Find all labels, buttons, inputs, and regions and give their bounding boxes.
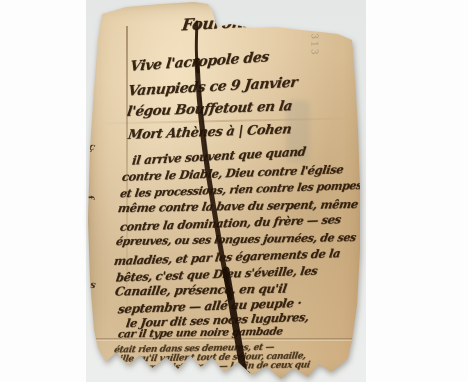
margin-ink-mark: ƒ: [83, 194, 95, 201]
handwriting-line: l'égou Bouffetout en la: [126, 98, 293, 120]
handwriting-line: Vanupieds ce 9 Janvier: [127, 75, 298, 100]
handwriting-line-bottom: populaire, aristocratie — la fin de ceux…: [111, 360, 310, 373]
manuscript-paper-wrap: 313 Fouronne. Vive l'acropole des Vanupi…: [86, 0, 366, 382]
handwriting-line: épreuves, ou ses longues journées, de se…: [115, 231, 357, 248]
handwriting-line: Mort Athènes à | Cohen: [127, 122, 292, 143]
margin-ink-mark: «: [91, 350, 99, 362]
ghost-bleedthrough-text: 313: [309, 33, 319, 56]
handwriting-line-bottom: et que la fin — quel dessein: [121, 370, 251, 382]
margin-ink-mark: s: [89, 280, 96, 292]
margin-ink-mark: ç: [88, 141, 96, 153]
handwriting-line: contre la domination, du frère — ses: [119, 212, 342, 234]
handwriting-line: Vive l'acropole des: [129, 49, 269, 75]
screenshot-canvas: 313 Fouronne. Vive l'acropole des Vanupi…: [0, 0, 468, 382]
title-line: Fouronne.: [181, 11, 271, 35]
manuscript-paper: 313 Fouronne. Vive l'acropole des Vanupi…: [86, 0, 366, 382]
handwriting-line: Canaille, présence, en qu'il: [114, 281, 288, 298]
scanned-photo: 313 Fouronne. Vive l'acropole des Vanupi…: [86, 0, 366, 382]
